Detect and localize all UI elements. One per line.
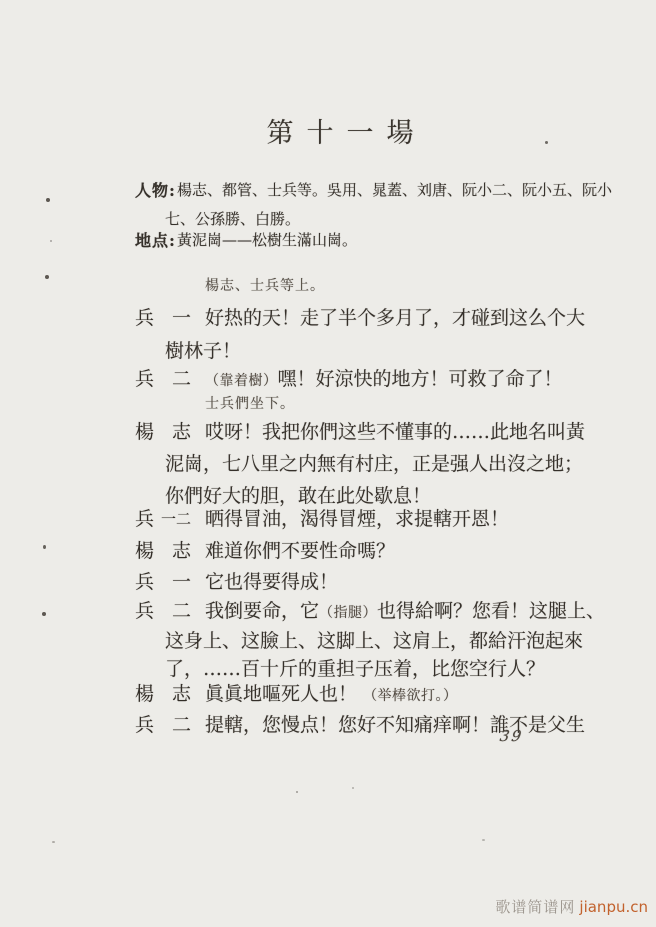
- speech-text: 了，……百十斤的重担子压着，比您空行人？: [165, 658, 545, 680]
- dialogue-line: （靠着樹）嘿！好涼快的地方！可救了命了！: [165, 364, 646, 397]
- dialogue-line: 哎呀！我把你們这些不懂事的……此地名叫黃: [165, 416, 646, 448]
- characters-line-1: 楊志、都管、士兵等。吳用、晁蓋、刘唐、阮小二、阮小五、阮小: [165, 176, 616, 205]
- scan-speck: [46, 198, 50, 202]
- speaker-label: 楊 志: [135, 416, 191, 448]
- scene-title: 第十一場: [0, 116, 656, 152]
- speaker-char: 兵: [135, 710, 154, 741]
- dialogue-line: 泥崗，七八里之内無有村庄，正是强人出沒之地；: [165, 448, 646, 480]
- dialogue-entry-7: 兵 二 我倒要命，它（指腿）也得給啊？您看！这腿上、 这身上、这臉上、这脚上、这…: [0, 597, 656, 683]
- location-label: 地点:: [135, 226, 176, 255]
- location-text: 黃泥崗——松樹生滿山崗。: [165, 226, 616, 255]
- dialogue-line: 我倒要命，它（指腿）也得給啊？您看！这腿上、: [165, 597, 646, 627]
- inline-stage-direction: （举棒欲打。）: [363, 688, 458, 704]
- inline-stage-direction: （指腿）: [319, 605, 377, 621]
- speaker-char: 志: [172, 536, 191, 567]
- speaker-label: 楊 志: [135, 536, 191, 567]
- dialogue-line: 难道你們不要性命嗎？: [165, 536, 646, 567]
- dialogue-entry-3: 楊 志 哎呀！我把你們这些不懂事的……此地名叫黃 泥崗，七八里之内無有村庄，正是…: [0, 416, 656, 512]
- watermark-site-name: 歌谱简谱网: [495, 898, 575, 916]
- page-number: 39: [499, 727, 525, 745]
- dialogue-line: 眞眞地嘔死人也！ （举棒欲打。）: [165, 679, 646, 712]
- speaker-char: 兵: [135, 597, 154, 625]
- watermark: 歌谱简谱网jianpu.cn: [495, 897, 648, 917]
- speech-text: 嘿！好涼快的地方！可救了命了！: [278, 368, 563, 390]
- dialogue-line: 晒得冒油，渴得冒煙，求提轄开恩！: [165, 504, 646, 535]
- speech-text: 好热的天！走了半个多月了，才碰到这么个大: [205, 307, 585, 329]
- speech-text: 也得給啊？您看！这腿上、: [377, 600, 605, 622]
- scan-speck: [42, 612, 46, 616]
- speaker-char: 一: [172, 567, 191, 598]
- speaker-label: 兵 二: [135, 597, 191, 625]
- dialogue-line: 它也得要得成！: [165, 567, 646, 598]
- speech-text: 提轄，您慢点！您好不知痛痒啊！誰不是父生: [205, 714, 585, 736]
- dialogue-entry-9: 兵 二 提轄，您慢点！您好不知痛痒啊！誰不是父生: [0, 710, 656, 741]
- dialogue-entry-4: 兵 一二 晒得冒油，渴得冒煙，求提轄开恩！: [0, 504, 656, 535]
- speaker-label: 兵 二: [135, 364, 191, 395]
- speaker-label: 楊 志: [135, 679, 191, 710]
- speaker-char: 兵: [135, 567, 154, 598]
- stage-direction-sit: 士兵們坐下。: [205, 394, 295, 414]
- speech-text: 我倒要命，它: [205, 600, 319, 622]
- speech-text: 这身上、这臉上、这脚上、这肩上，都給汗泡起來: [165, 630, 583, 652]
- scan-speck: [43, 545, 46, 549]
- speaker-label: 兵 二: [135, 710, 191, 741]
- speaker-label: 兵 一二: [135, 504, 191, 535]
- speech-text: 樹林子！: [165, 340, 241, 362]
- speaker-char: 志: [172, 416, 191, 448]
- speaker-label: 兵 一: [135, 567, 191, 598]
- speech-text: 哎呀！我把你們这些不懂事的……此地名叫黃: [205, 421, 585, 443]
- dialogue-entry-2: 兵 二 （靠着樹）嘿！好涼快的地方！可救了命了！: [0, 364, 656, 397]
- scan-speck: [296, 791, 298, 793]
- scan-speck: [545, 141, 548, 144]
- location-line: 黃泥崗——松樹生滿山崗。: [165, 226, 616, 255]
- speech-text: 眞眞地嘔死人也！: [205, 683, 357, 705]
- location-row: 地点: 黃泥崗——松樹生滿山崗。: [135, 226, 616, 255]
- speech-text: 泥崗，七八里之内無有村庄，正是强人出沒之地；: [165, 453, 583, 475]
- speaker-char: 一二: [161, 504, 191, 535]
- characters-label: 人物:: [135, 176, 176, 205]
- speaker-char: 楊: [135, 416, 154, 448]
- scan-speck: [482, 839, 485, 841]
- scan-speck: [352, 787, 354, 789]
- dialogue-entry-5: 楊 志 难道你們不要性命嗎？: [0, 536, 656, 567]
- dialogue-line: 提轄，您慢点！您好不知痛痒啊！誰不是父生: [165, 710, 646, 741]
- speech-text: 难道你們不要性命嗎？: [205, 540, 395, 562]
- speaker-char: 兵: [135, 364, 154, 395]
- speaker-char: 兵: [135, 504, 154, 535]
- dialogue-entry-8: 楊 志 眞眞地嘔死人也！ （举棒欲打。）: [0, 679, 656, 712]
- scanned-script-page: 第十一場 人物: 楊志、都管、士兵等。吳用、晁蓋、刘唐、阮小二、阮小五、阮小 七…: [0, 0, 656, 927]
- speaker-char: 二: [172, 710, 191, 741]
- speaker-char: 一: [172, 302, 191, 335]
- dialogue-line: 这身上、这臉上、这脚上、这肩上，都給汗泡起來: [165, 627, 646, 655]
- scan-speck: [50, 240, 52, 242]
- speaker-char: 志: [172, 679, 191, 710]
- speaker-char: 楊: [135, 679, 154, 710]
- speaker-label: 兵 一: [135, 302, 191, 335]
- speech-text: 它也得要得成！: [205, 571, 338, 593]
- scan-speck: [45, 275, 49, 279]
- speaker-char: 二: [172, 597, 191, 625]
- dialogue-line: 好热的天！走了半个多月了，才碰到这么个大: [165, 302, 646, 335]
- speech-text: 晒得冒油，渴得冒煙，求提轄开恩！: [205, 508, 509, 530]
- speaker-char: 楊: [135, 536, 154, 567]
- speaker-char: 兵: [135, 302, 154, 335]
- speaker-char: 二: [172, 364, 191, 395]
- watermark-site-url: jianpu.cn: [579, 898, 648, 916]
- dialogue-entry-6: 兵 一 它也得要得成！: [0, 567, 656, 598]
- stage-direction-enter: 楊志、士兵等上。: [205, 276, 325, 296]
- inline-stage-direction: （靠着樹）: [205, 373, 278, 389]
- dialogue-entry-1: 兵 一 好热的天！走了半个多月了，才碰到这么个大 樹林子！: [0, 302, 656, 368]
- scan-speck: [52, 841, 55, 843]
